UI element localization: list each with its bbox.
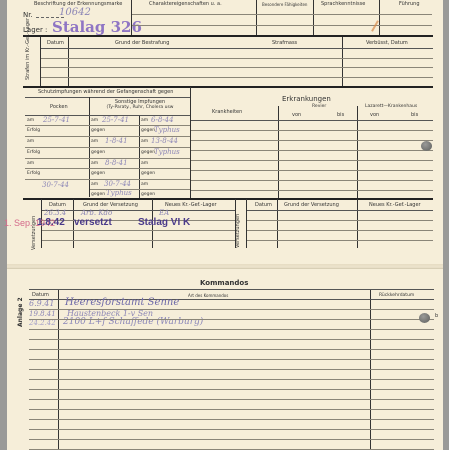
rule bbox=[132, 25, 432, 26]
rule bbox=[29, 309, 434, 310]
lazarett-von-label: von bbox=[370, 112, 379, 118]
rule bbox=[29, 359, 434, 360]
sonstige-label-cell: gegen bbox=[91, 192, 105, 197]
fuehrung-label: Führung bbox=[399, 1, 420, 7]
rule bbox=[29, 319, 434, 320]
stamp-versetzt: versetzt bbox=[74, 217, 112, 228]
sonstige-value: Typhus bbox=[154, 126, 180, 134]
rule bbox=[29, 439, 434, 440]
divider bbox=[370, 290, 371, 450]
lazarett-bis-label: bis bbox=[411, 112, 418, 118]
anlage-label: Anlage 2 bbox=[17, 297, 24, 327]
versetzungen-col-grund-right: Grund der Versetzung bbox=[284, 202, 339, 208]
rule bbox=[25, 158, 190, 159]
rule bbox=[41, 67, 433, 68]
rule bbox=[25, 97, 190, 98]
punch-hole bbox=[419, 313, 430, 323]
sonstige-label-cell: gegen bbox=[91, 128, 105, 133]
pocken-row-label: am bbox=[27, 118, 34, 123]
sonstige-sub-label: (Ty-Paraty., Ruhr, Cholera usw bbox=[90, 105, 190, 110]
sonstige-value: 30-7-44 bbox=[104, 180, 131, 188]
rule bbox=[191, 180, 433, 181]
section-divider bbox=[23, 86, 433, 88]
pocken-row-label: Erfolg bbox=[27, 150, 40, 155]
sonstige-label-cell: am bbox=[141, 139, 148, 144]
rule bbox=[29, 419, 434, 420]
rule bbox=[25, 147, 190, 148]
versetzungen-col-datum: Datum bbox=[49, 202, 66, 208]
sonstige-label-cell: gegen bbox=[91, 150, 105, 155]
strafen-col-strafmass: Strafmass bbox=[272, 40, 297, 46]
strafen-col-grund: Grund der Bestrafung bbox=[115, 40, 169, 46]
sonstige-label-cell: am bbox=[91, 161, 98, 166]
pocken-label: Pocken bbox=[50, 104, 68, 110]
pow-record-card: Beschriftung der Erkennungsmarke Nr. 106… bbox=[7, 0, 443, 450]
sonstige-label-cell: am bbox=[91, 182, 98, 187]
rule bbox=[25, 168, 190, 169]
rule bbox=[191, 120, 433, 121]
revier-von-label: von bbox=[292, 112, 301, 118]
sonstige-label-cell: gegen bbox=[141, 150, 155, 155]
rule bbox=[247, 240, 433, 241]
kommando-datum: 6.9.41 bbox=[29, 299, 54, 308]
kommandos-sheet: Kommandos Anlage 2 Datum Art des Kommand… bbox=[7, 268, 443, 450]
rule bbox=[29, 349, 434, 350]
versetzungen-col-grund: Grund der Versetzung bbox=[83, 202, 138, 208]
sonstige-label-cell: am bbox=[141, 161, 148, 166]
pocken-row-label: Erfolg bbox=[27, 128, 40, 133]
kommando-datum: 19.8.41 bbox=[29, 310, 56, 318]
rule bbox=[191, 150, 433, 151]
pocken-row-label: am bbox=[27, 139, 34, 144]
charakter-label: Charaktereigenschaften u. a. bbox=[149, 1, 222, 7]
divider bbox=[313, 0, 314, 35]
rule bbox=[42, 230, 235, 231]
rule bbox=[247, 230, 433, 231]
sonstige-value: 25-7-41 bbox=[102, 116, 129, 124]
kommandos-col-datum: Datum bbox=[32, 292, 49, 298]
sonstige-value: 6-8-44 bbox=[151, 116, 174, 124]
divider bbox=[190, 87, 191, 199]
rule bbox=[29, 429, 434, 430]
versetzungen-col-lager-right: Neues Kr.-Gef.-Lager bbox=[369, 202, 421, 208]
sonstige-label-cell: gegen bbox=[141, 192, 155, 197]
sonstige-value: 8-8-41 bbox=[105, 159, 128, 167]
rule bbox=[191, 190, 433, 191]
divider bbox=[68, 37, 69, 86]
pocken-row-label: am bbox=[27, 161, 34, 166]
sonstige-value: Typhus bbox=[106, 189, 132, 197]
pocken-row-label: Erfolg bbox=[27, 171, 40, 176]
versetzungen-col-lager: Neues Kr.-Gef.-Lager bbox=[165, 202, 217, 208]
versetzung-lager: EA bbox=[159, 209, 169, 217]
divider bbox=[379, 0, 380, 35]
lager-stamp: Stalag 326 bbox=[52, 18, 142, 36]
rule bbox=[29, 339, 434, 340]
margin-mark: b bbox=[435, 313, 438, 319]
divider bbox=[256, 0, 257, 35]
faehigkeiten-label: Besondere Fähigkeiten bbox=[262, 2, 307, 7]
sonstige-value: Typhus bbox=[154, 148, 180, 156]
rule bbox=[132, 14, 432, 15]
rule bbox=[191, 140, 433, 141]
rule bbox=[191, 130, 433, 131]
sonstige-label-cell: am bbox=[141, 182, 148, 187]
strafen-side-label: Strafen im Kr.-Gef.-Lager bbox=[25, 18, 31, 80]
rule bbox=[41, 58, 433, 59]
rule bbox=[41, 77, 433, 78]
rule bbox=[29, 329, 434, 330]
rule bbox=[90, 189, 190, 190]
erkrankungen-title: Erkrankungen bbox=[282, 95, 331, 103]
rule bbox=[41, 48, 433, 49]
revier-label: Revier bbox=[312, 104, 326, 109]
versetzungen-side-label-right: Versetzungen bbox=[235, 214, 241, 248]
sonstige-label-cell: am bbox=[91, 118, 98, 123]
lazarett-label: Lazarett—Krankenhaus bbox=[365, 104, 417, 109]
divider bbox=[40, 37, 41, 86]
sonstige-label-cell: gegen bbox=[141, 171, 155, 176]
divider bbox=[139, 116, 140, 198]
sonstige-label-cell: am bbox=[91, 139, 98, 144]
revier-bis-label: bis bbox=[337, 112, 344, 118]
kommando-datum: 24.2.42 bbox=[29, 319, 56, 327]
divider bbox=[342, 37, 343, 86]
rule bbox=[29, 399, 434, 400]
kommando-art: Heeresforstamt Senne bbox=[65, 297, 179, 308]
kommandos-title: Kommandos bbox=[200, 279, 248, 287]
sonstige-label-cell: am bbox=[141, 118, 148, 123]
nr-value: 10642 bbox=[59, 7, 91, 18]
rule bbox=[29, 409, 434, 410]
rule bbox=[191, 160, 433, 161]
stamp-lager: Stalag VI K bbox=[138, 217, 190, 228]
card-front-sheet: Beschriftung der Erkennungsmarke Nr. 106… bbox=[7, 0, 443, 266]
rule bbox=[25, 179, 190, 180]
rule bbox=[247, 220, 433, 221]
rule bbox=[42, 240, 235, 241]
sonstige-label-cell: gegen bbox=[91, 171, 105, 176]
rule bbox=[29, 379, 434, 380]
pocken-row-value: 30-7-44 bbox=[42, 181, 69, 189]
divider bbox=[131, 0, 132, 35]
krankheiten-label: Krankheiten bbox=[212, 109, 242, 115]
section-divider bbox=[23, 198, 433, 200]
divider bbox=[58, 290, 59, 450]
rule bbox=[29, 289, 434, 290]
impfungen-title: Schutzimpfungen während der Gefangenscha… bbox=[38, 89, 173, 95]
stamp-date: 1.8.42 bbox=[37, 217, 65, 228]
sonstige-value: 13-8-44 bbox=[151, 137, 178, 145]
kommandos-col-rueckkehr: Rückkehrdatum bbox=[379, 293, 414, 298]
strafen-col-datum: Datum bbox=[47, 40, 64, 46]
section-divider bbox=[23, 35, 433, 37]
sonstige-value: 1-8-41 bbox=[105, 137, 128, 145]
orange-mark bbox=[371, 20, 379, 31]
rule bbox=[29, 369, 434, 370]
rule bbox=[191, 170, 433, 171]
rule bbox=[29, 389, 434, 390]
pocken-row-value: 25-7-41 bbox=[43, 116, 70, 124]
rule bbox=[25, 136, 190, 137]
rule bbox=[25, 125, 190, 126]
sprachkenntnisse-label: Sprachkenntnisse bbox=[321, 1, 365, 7]
versetzungen-col-datum-right: Datum bbox=[255, 202, 272, 208]
versetzung-grund: Arb. Kdo bbox=[81, 209, 112, 217]
rule bbox=[42, 210, 235, 211]
sonstige-label-cell: gegen bbox=[141, 128, 155, 133]
versetzung-datum: 26.3.4 bbox=[44, 209, 66, 217]
kommandos-col-art: Art des Kommandos bbox=[188, 293, 228, 298]
punch-hole bbox=[421, 141, 432, 151]
strafen-col-verbuesst: Verbüsst, Datum bbox=[366, 40, 408, 46]
rule bbox=[247, 210, 433, 211]
